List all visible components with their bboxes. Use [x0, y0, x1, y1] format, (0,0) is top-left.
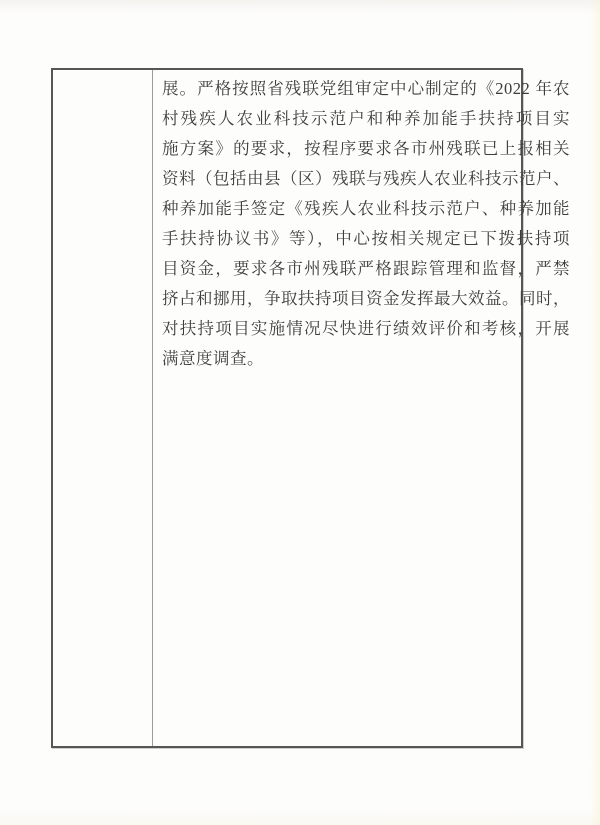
paragraph-line: 手扶持协议书》等），中心按相关规定已下拨扶持项	[162, 224, 570, 254]
paragraph-line: 对扶持项目实施情况尽快进行绩效评价和考核，开展	[162, 314, 570, 344]
paragraph-line: 资料（包括由县（区）残联与残疾人农业科技示范户、	[162, 164, 570, 194]
paragraph-line: 种养加能手签定《残疾人农业科技示范户、种养加能	[162, 194, 570, 224]
table-content-cell: 展。严格按照省残联党组审定中心制定的《2022 年农 村残疾人农业科技示范户和种…	[153, 70, 578, 746]
report-table: 展。严格按照省残联党组审定中心制定的《2022 年农 村残疾人农业科技示范户和种…	[51, 68, 523, 748]
paragraph-line: 村残疾人农业科技示范户和种养加能手扶持项目实	[162, 104, 570, 134]
paragraph-line: 目资金，要求各市州残联严格跟踪管理和监督，严禁	[162, 254, 570, 284]
paragraph-line: 施方案》的要求，按程序要求各市州残联已上报相关	[162, 134, 570, 164]
paragraph-line: 满意度调查。	[162, 344, 570, 374]
paragraph-line: 展。严格按照省残联党组审定中心制定的《2022 年农	[162, 74, 570, 104]
table-left-cell	[53, 70, 153, 746]
scanned-page: 展。严格按照省残联党组审定中心制定的《2022 年农 村残疾人农业科技示范户和种…	[0, 0, 600, 825]
paragraph-line: 挤占和挪用，争取扶持项目资金发挥最大效益。同时，	[162, 284, 570, 314]
